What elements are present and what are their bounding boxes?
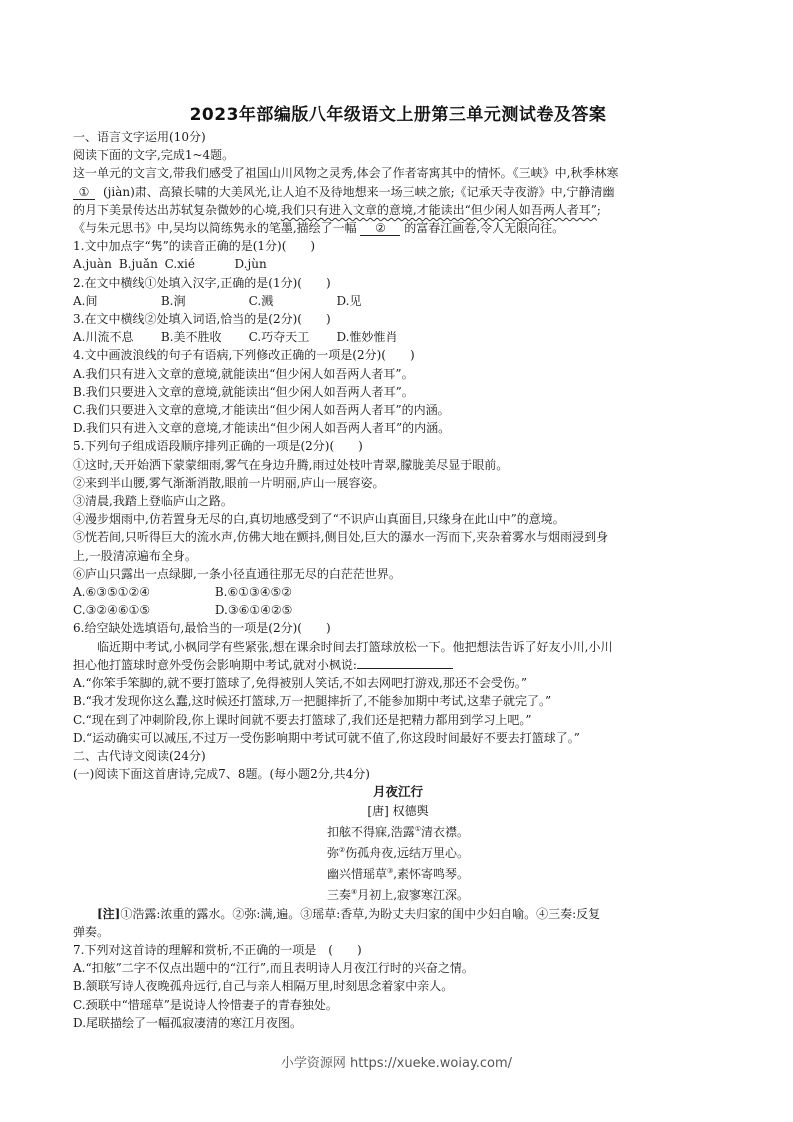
option-d: D.我们只有进入文章的意境,才能读出“但少闲人如吾两人者耳”的内涵。 bbox=[73, 419, 723, 437]
question-2-options: A.间 B.涧 C.溅 D.见 bbox=[73, 292, 723, 310]
poem-text: 扣舷不得寐,浩露 bbox=[327, 825, 415, 839]
poem-title: 月夜江行 bbox=[73, 783, 723, 801]
option-a: A.川流不息 bbox=[73, 328, 157, 346]
sentence-2: ②来到半山腰,雾气渐渐消散,眼前一片明丽,庐山一展容姿。 bbox=[73, 474, 723, 492]
poem-text: 伤孤舟夜,远结万里心。 bbox=[345, 846, 469, 860]
poem-line: 扣舷不得寐,浩露①清衣襟。 bbox=[73, 820, 723, 841]
question-4-stem: 4.文中画波浪线的句子有语病,下列修改正确的一项是(2分)( ) bbox=[73, 346, 723, 364]
question-5-stem: 5.下列句子组成语段顺序排列正确的一项是(2分)( ) bbox=[73, 437, 723, 455]
option-d: D.尾联描绘了一幅孤寂凄清的寒江月夜图。 bbox=[73, 1014, 723, 1032]
option-c: C.我们只要进入文章的意境,才能读出“但少闲人如吾两人者耳”的内涵。 bbox=[73, 401, 723, 419]
question-1-stem: 1.文中加点字“隽”的读音正确的是(1分)( ) bbox=[73, 237, 723, 255]
blank-2: ② bbox=[360, 221, 400, 236]
sentence-3: ③清晨,我踏上登临庐山之路。 bbox=[73, 492, 723, 510]
option-c: C.溅 bbox=[249, 292, 333, 310]
poem-text: 清衣襟。 bbox=[421, 825, 469, 839]
passage-text: (jiàn)肃、高猿长啸的大美风光,让人迫不及待地想来一场三峡之旅;《记承天寺夜… bbox=[103, 185, 614, 199]
option-d: D.“运动确实可以减压,不过万一受伤影响期中考试可就不值了,你这段时间最好不要去… bbox=[73, 729, 723, 747]
option-a: A.juàn bbox=[73, 255, 115, 273]
answer-blank bbox=[357, 656, 453, 669]
passage-line: 《与朱元思书》中,吴均以简练隽永的笔墨,描绘了一幅 ② 的富春江画卷,令人无限向… bbox=[73, 219, 723, 237]
option-b: B.juǎn bbox=[119, 255, 161, 273]
option-d: D.③⑥①④②⑤ bbox=[215, 601, 293, 619]
poem-note-cont: 弹奏。 bbox=[73, 923, 723, 941]
option-b: B.我们只要进入文章的意境,就能读出“但少闲人如吾两人者耳”。 bbox=[73, 383, 723, 401]
option-d: D.惟妙惟肖 bbox=[336, 328, 397, 346]
option-d: D.见 bbox=[336, 292, 361, 310]
option-b: B.美不胜收 bbox=[161, 328, 245, 346]
question-1-options: A.juàn B.juǎn C.xié D.jùn bbox=[73, 255, 723, 273]
poem: 月夜江行 [唐] 权德舆 扣舷不得寐,浩露①清衣襟。 弥②伤孤舟夜,远结万里心。… bbox=[73, 783, 723, 904]
option-a: A.“你笨手笨脚的,就不要打篮球了,免得被别人笑话,不如去网吧打游戏,那还不会受… bbox=[73, 674, 723, 692]
sentence-6: ⑥庐山只露出一点绿脚,一条小径直通往那无尽的白茫茫世界。 bbox=[73, 565, 723, 583]
option-c: C.“现在到了冲刺阶段,你上课时间就不要去打篮球了,我们还是把精力都用到学习上吧… bbox=[73, 711, 723, 729]
note-tag: [注] bbox=[97, 907, 120, 921]
passage-text: 的富春江画卷,令人无限向往。 bbox=[404, 221, 564, 235]
option-b: B.涧 bbox=[161, 292, 245, 310]
sentence-1: ①这时,天开始洒下蒙蒙细雨,雾气在身边升腾,雨过处枝叶青翠,朦胧美尽显于眼前。 bbox=[73, 456, 723, 474]
option-c: C.③②④⑥①⑤ bbox=[73, 601, 211, 619]
sentence-5-cont: 上,一股清凉遍布全身。 bbox=[73, 547, 723, 565]
watermark-footer: 小学资源网 https://xueke.woiay.com/ bbox=[0, 1052, 793, 1071]
passage-text: 《与朱元思书》中,吴均以简练隽永的笔墨,描绘了一幅 bbox=[73, 221, 357, 235]
sentence-5: ⑤恍若间,只听得巨大的流水声,仿佛大地在颤抖,侧目处,巨大的瀑水一泻而下,夹杂着… bbox=[73, 528, 723, 546]
poem-text: 月初上,寂寥寒江深。 bbox=[357, 888, 469, 902]
section2-heading: 二、古代诗文阅读(24分) bbox=[73, 747, 723, 765]
option-c: C.颈联中“惜瑶草”是说诗人怜惜妻子的青春独处。 bbox=[73, 996, 723, 1014]
question-7-stem: 7.下列对这首诗的理解和赏析,不正确的一项是 ( ) bbox=[73, 941, 723, 959]
question-3-stem: 3.在文中横线②处填入词语,恰当的是(2分)( ) bbox=[73, 310, 723, 328]
section2-sub-instruction: (一)阅读下面这首唐诗,完成7、8题。(每小题2分,共4分) bbox=[73, 765, 723, 783]
question-6-stem: 6.给空缺处选填语句,最恰当的一项是(2分)( ) bbox=[73, 619, 723, 637]
option-a: A.我们只有进入文章的意境,就能读出“但少闲人如吾两人者耳”。 bbox=[73, 365, 723, 383]
option-a: A.⑥③⑤①②④ bbox=[73, 583, 211, 601]
option-c: C.巧夺天工 bbox=[249, 328, 333, 346]
page-title: 2023年部编版八年级语文上册第三单元测试卷及答案 bbox=[73, 100, 723, 125]
passage-line: 的月下美景传达出苏轼复杂微妙的心境,我们只有进入文章的意境,才能读出“但少闲人如… bbox=[73, 201, 723, 219]
poem-line: 三奏④月初上,寂寥寒江深。 bbox=[73, 883, 723, 904]
poem-author: [唐] 权德舆 bbox=[73, 802, 723, 820]
question-6-context: 临近期中考试,小枫同学有些紧张,想在课余时间去打篮球放松一下。他把想法告诉了好友… bbox=[73, 638, 723, 656]
reading-passage: 这一单元的文言文,带我们感受了祖国山川风物之灵秀,体会了作者寄寓其中的情怀。《三… bbox=[73, 164, 723, 237]
poem-text: ,素怀寄鸣琴。 bbox=[393, 867, 469, 881]
blank-1: ① bbox=[73, 185, 95, 200]
section1-heading: 一、语言文字运用(10分) bbox=[73, 128, 723, 146]
option-a: A.间 bbox=[73, 292, 157, 310]
note-text: ①浩露:浓重的露水。②弥:满,遍。③瑶草:香草,为盼丈夫归家的闺中少妇自喻。④三… bbox=[120, 907, 600, 921]
question-6-context-cont: 担心他打篮球时意外受伤会影响期中考试,就对小枫说: bbox=[73, 656, 723, 674]
option-b: B.⑥①③④⑤② bbox=[215, 583, 292, 601]
poem-line: 幽兴惜瑶草③,素怀寄鸣琴。 bbox=[73, 862, 723, 883]
sentence-4: ④漫步烟雨中,仿若置身无尽的白,真切地感受到了“不识庐山真面目,只缘身在此山中”… bbox=[73, 510, 723, 528]
option-b: B.“我才发现你这么蠢,这时候还打篮球,万一把腿摔折了,不能参加期中考试,这辈子… bbox=[73, 692, 723, 710]
poem-text: 幽兴惜瑶草 bbox=[327, 867, 387, 881]
option-d: D.jùn bbox=[234, 255, 266, 273]
option-b: B.颔联写诗人夜晚孤舟远行,自己与亲人相隔万里,时刻思念着家中亲人。 bbox=[73, 977, 723, 995]
poem-line: 弥②伤孤舟夜,远结万里心。 bbox=[73, 841, 723, 862]
section1-instruction: 阅读下面的文字,完成1~4题。 bbox=[73, 146, 723, 164]
poem-note: [注]①浩露:浓重的露水。②弥:满,遍。③瑶草:香草,为盼丈夫归家的闺中少妇自喻… bbox=[73, 905, 723, 923]
poem-text: 三奏 bbox=[327, 888, 351, 902]
poem-text: 弥 bbox=[327, 846, 339, 860]
question-5-options-row1: A.⑥③⑤①②④ B.⑥①③④⑤② bbox=[73, 583, 723, 601]
question-3-options: A.川流不息 B.美不胜收 C.巧夺天工 D.惟妙惟肖 bbox=[73, 328, 723, 346]
exam-page: 2023年部编版八年级语文上册第三单元测试卷及答案 一、语言文字运用(10分) … bbox=[73, 100, 723, 1032]
passage-line: 这一单元的文言文,带我们感受了祖国山川风物之灵秀,体会了作者寄寓其中的情怀。《三… bbox=[73, 164, 723, 182]
wavy-underlined-sentence: 我们只有进入文章的意境,才能读出“但少闲人如吾两人者耳” bbox=[281, 203, 597, 217]
question-5-options-row2: C.③②④⑥①⑤ D.③⑥①④②⑤ bbox=[73, 601, 723, 619]
option-a: A.“扣舷”二字不仅点出题中的“江行”,而且表明诗人月夜江行时的兴奋之情。 bbox=[73, 959, 723, 977]
question-2-stem: 2.在文中横线①处填入汉字,正确的是(1分)( ) bbox=[73, 274, 723, 292]
context-text: 担心他打篮球时意外受伤会影响期中考试,就对小枫说: bbox=[73, 658, 357, 672]
passage-text: 的月下美景传达出苏轼复杂微妙的心境, bbox=[73, 203, 281, 217]
passage-text: ; bbox=[597, 203, 601, 217]
option-c: C.xié bbox=[165, 255, 231, 273]
passage-line: ①(jiàn)肃、高猿长啸的大美风光,让人迫不及待地想来一场三峡之旅;《记承天寺… bbox=[73, 183, 723, 201]
